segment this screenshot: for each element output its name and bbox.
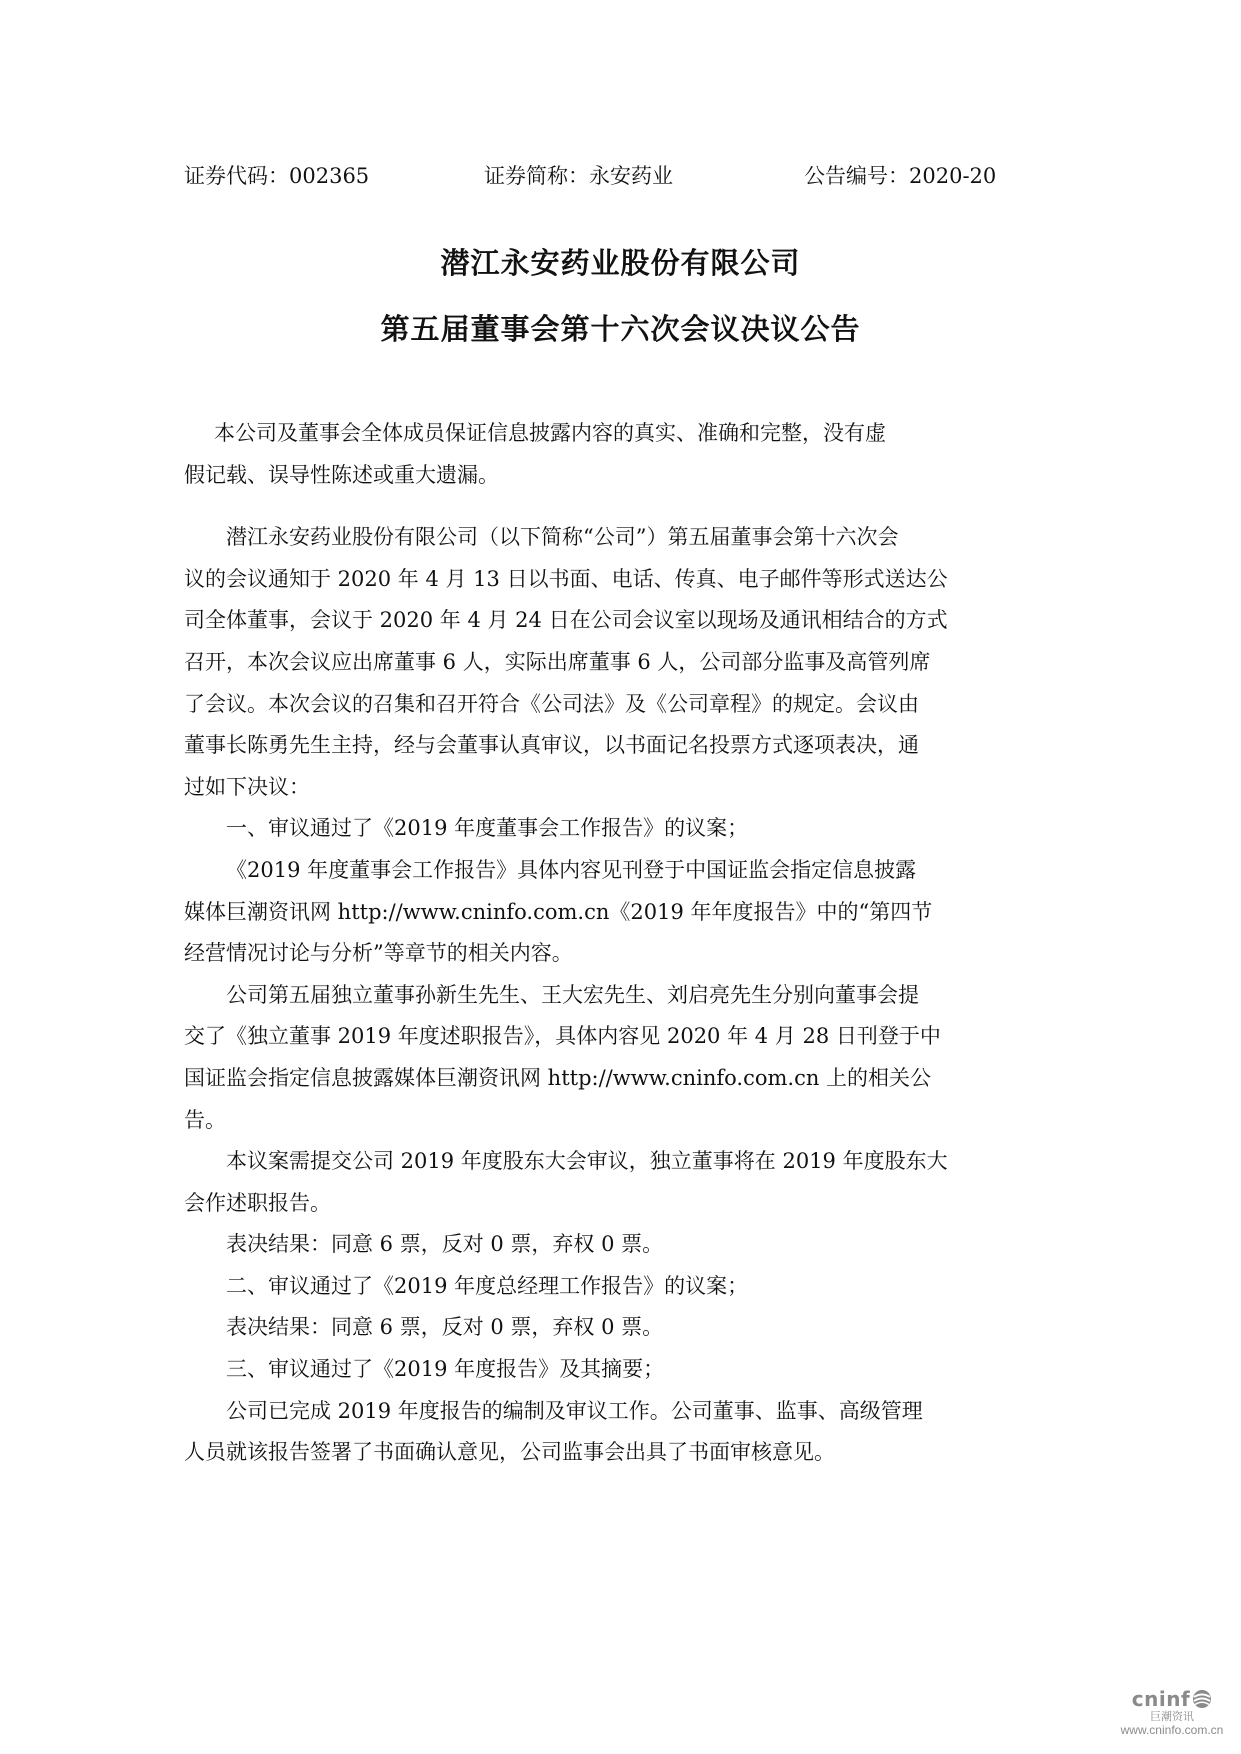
cninfo-watermark: cninf 巨潮资讯 www.cninfo.com.cn xyxy=(1112,1688,1232,1748)
resolution-paragraph: 公司已完成 2019 年度报告的编制及审议工作。公司董事、监事、高级管理 人员就… xyxy=(184,1391,1044,1474)
vote-result: 表决结果：同意 6 票，反对 0 票，弃权 0 票。 xyxy=(184,1224,1044,1266)
text-line: 经营情况讨论与分析”等章节的相关内容。 xyxy=(184,933,1044,975)
text-line: 《2019 年度董事会工作报告》具体内容见刊登于中国证监会指定信息披露 xyxy=(184,850,1044,892)
announcement-title: 第五届董事会第十六次会议决议公告 xyxy=(0,309,1241,349)
watermark-site: www.cninfo.com.cn xyxy=(1112,1723,1232,1737)
stock-name: 证券简称：永安药业 xyxy=(484,158,673,194)
cninfo-logo-icon xyxy=(1192,1689,1212,1709)
text-line: 本议案需提交公司 2019 年度股东大会审议，独立董事将在 2019 年度股东大 xyxy=(184,1141,1044,1183)
text-line: 假记载、误导性陈述或重大遗漏。 xyxy=(184,455,1044,497)
text-line: 了会议。本次会议的召集和召开符合《公司法》及《公司章程》的规定。会议由 xyxy=(184,684,1044,726)
meeting-intro: 潜江永安药业股份有限公司（以下简称“公司”）第五届董事会第十六次会 议的会议通知… xyxy=(184,517,1044,808)
document-body: 本公司及董事会全体成员保证信息披露内容的真实、准确和完整，没有虚 假记载、误导性… xyxy=(184,413,1044,1474)
resolution-1: 一、审议通过了《2019 年度董事会工作报告》的议案； 《2019 年度董事会工… xyxy=(184,808,1044,1266)
resolution-paragraph: 《2019 年度董事会工作报告》具体内容见刊登于中国证监会指定信息披露 媒体巨潮… xyxy=(184,850,1044,975)
text-line: 召开，本次会议应出席董事 6 人，实际出席董事 6 人，公司部分监事及高管列席 xyxy=(184,642,1044,684)
text-line: 公司已完成 2019 年度报告的编制及审议工作。公司董事、监事、高级管理 xyxy=(184,1391,1044,1433)
resolution-3: 三、审议通过了《2019 年度报告》及其摘要； 公司已完成 2019 年度报告的… xyxy=(184,1349,1044,1474)
watermark-cn-name: 巨潮资讯 xyxy=(1112,1710,1232,1723)
text-line: 人员就该报告签署了书面确认意见，公司监事会出具了书面审核意见。 xyxy=(184,1432,1044,1474)
vote-result: 表决结果：同意 6 票，反对 0 票，弃权 0 票。 xyxy=(184,1307,1044,1349)
text-line: 交了《独立董事 2019 年度述职报告》，具体内容见 2020 年 4 月 28… xyxy=(184,1016,1044,1058)
text-line: 议的会议通知于 2020 年 4 月 13 日以书面、电话、传真、电子邮件等形式… xyxy=(184,559,1044,601)
text-line: 过如下决议： xyxy=(184,767,1044,809)
resolution-paragraph: 本议案需提交公司 2019 年度股东大会审议，独立董事将在 2019 年度股东大… xyxy=(184,1141,1044,1224)
resolution-paragraph: 公司第五届独立董事孙新生先生、王大宏先生、刘启亮先生分别向董事会提 交了《独立董… xyxy=(184,975,1044,1141)
text-line: 潜江永安药业股份有限公司（以下简称“公司”）第五届董事会第十六次会 xyxy=(184,517,1044,559)
text-line: 会作述职报告。 xyxy=(184,1183,1044,1225)
watermark-brand-text: cninf xyxy=(1132,1688,1190,1710)
text-line: 司全体董事，会议于 2020 年 4 月 24 日在公司会议室以现场及通讯相结合… xyxy=(184,600,1044,642)
announcement-number: 公告编号：2020-20 xyxy=(804,158,996,194)
resolution-heading: 三、审议通过了《2019 年度报告》及其摘要； xyxy=(184,1349,1044,1391)
stock-code: 证券代码：002365 xyxy=(184,158,369,194)
text-line: 媒体巨潮资讯网 http://www.cninfo.com.cn《2019 年年… xyxy=(184,892,1044,934)
text-line: 董事长陈勇先生主持，经与会董事认真审议，以书面记名投票方式逐项表决，通 xyxy=(184,725,1044,767)
text-line: 国证监会指定信息披露媒体巨潮资讯网 http://www.cninfo.com.… xyxy=(184,1058,1044,1100)
resolution-2: 二、审议通过了《2019 年度总经理工作报告》的议案； 表决结果：同意 6 票，… xyxy=(184,1266,1044,1349)
resolution-heading: 二、审议通过了《2019 年度总经理工作报告》的议案； xyxy=(184,1266,1044,1308)
text-line: 告。 xyxy=(184,1100,1044,1142)
resolution-heading: 一、审议通过了《2019 年度董事会工作报告》的议案； xyxy=(184,808,1044,850)
text-line: 本公司及董事会全体成员保证信息披露内容的真实、准确和完整，没有虚 xyxy=(184,413,1044,455)
document-page: 证券代码：002365 证券简称：永安药业 公告编号：2020-20 潜江永安药… xyxy=(0,0,1241,1754)
company-title: 潜江永安药业股份有限公司 xyxy=(0,243,1241,283)
text-line: 公司第五届独立董事孙新生先生、王大宏先生、刘启亮先生分别向董事会提 xyxy=(184,975,1044,1017)
document-header: 证券代码：002365 证券简称：永安药业 公告编号：2020-20 xyxy=(184,158,1044,194)
watermark-brand: cninf xyxy=(1132,1688,1212,1710)
disclosure-statement: 本公司及董事会全体成员保证信息披露内容的真实、准确和完整，没有虚 假记载、误导性… xyxy=(184,413,1044,496)
